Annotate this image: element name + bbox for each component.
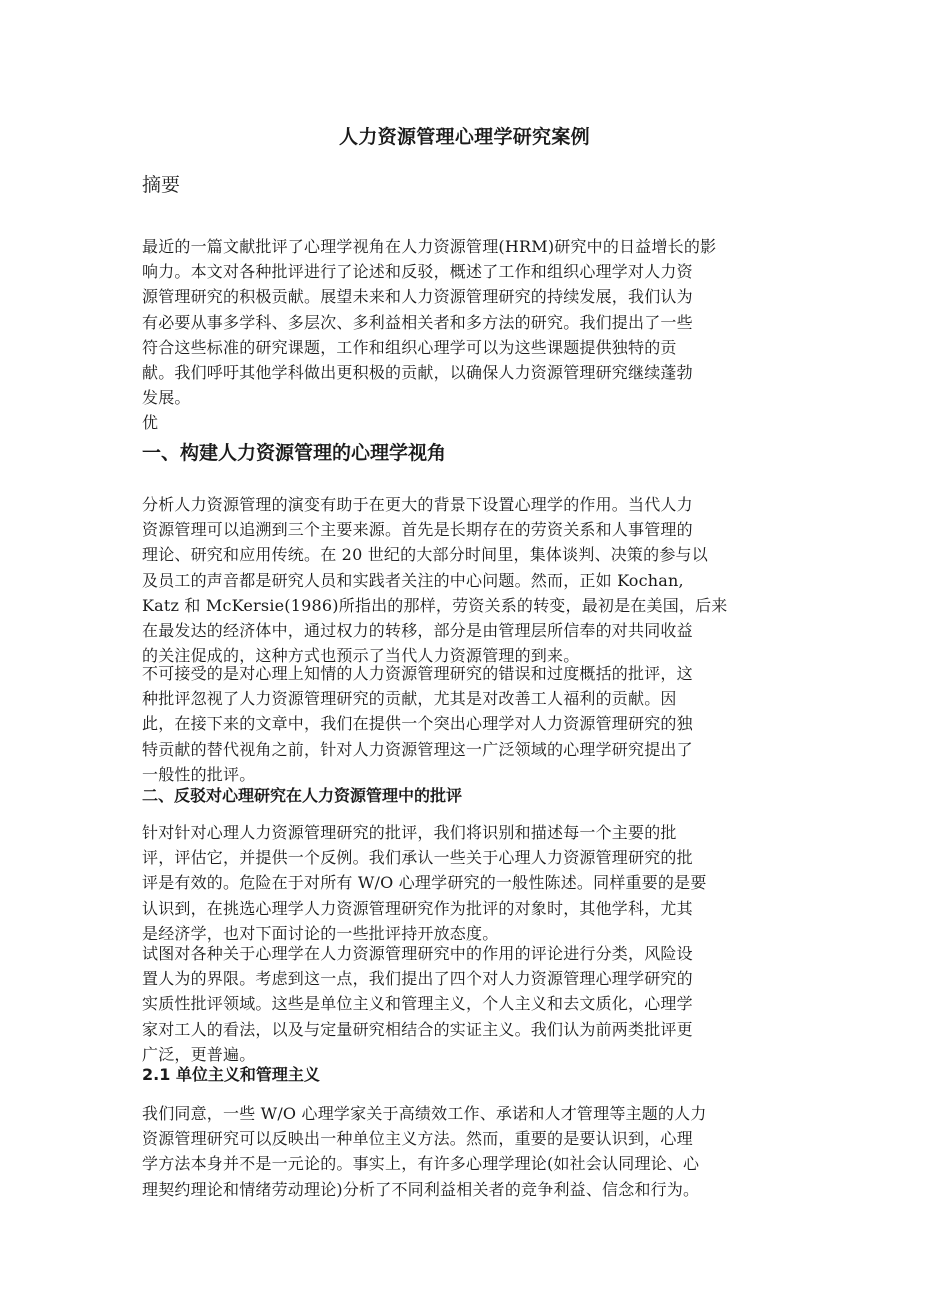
abstract-paragraph: 最近的一篇文献批评了心理学视角在人力资源管理(HRM)研究中的日益增长的影 响力… — [142, 234, 787, 436]
text-line: Katz 和 McKersie(1986)所指出的那样，劳资关系的转变，最初是在… — [142, 593, 787, 618]
text-line: 评是有效的。危险在于对所有 W/O 心理学研究的一般性陈述。同样重要的是要 — [142, 870, 787, 895]
text-line: 献。我们呼吁其他学科做出更积极的贡献，以确保人力资源管理研究继续蓬勃 — [142, 360, 787, 385]
text-line: 学方法本身并不是一元论的。事实上，有许多心理学理论(如社会认同理论、心 — [142, 1151, 787, 1176]
text-line: 此，在接下来的文章中，我们在提供一个突出心理学对人力资源管理研究的独 — [142, 711, 787, 736]
text-line: 特贡献的替代视角之前，针对人力资源管理这一广泛领域的心理学研究提出了 — [142, 737, 787, 762]
section-1-paragraph-2: 不可接受的是对心理上知情的人力资源管理研究的错误和过度概括的批评，这 种批评忽视… — [142, 661, 787, 787]
section-2-heading-block: 二、反驳对心理研究在人力资源管理中的批评 — [142, 784, 787, 808]
text-line: 有必要从事多学科、多层次、多利益相关者和多方法的研究。我们提出了一些 — [142, 310, 787, 335]
text-line: 试图对各种关于心理学在人力资源管理研究中的作用的评论进行分类，风险设 — [142, 941, 787, 966]
text-line: 最近的一篇文献批评了心理学视角在人力资源管理(HRM)研究中的日益增长的影 — [142, 234, 787, 259]
section-1-paragraph-1: 分析人力资源管理的演变有助于在更大的背景下设置心理学的作用。当代人力 资源管理可… — [142, 492, 787, 668]
section-2-paragraph-1: 针对针对心理人力资源管理研究的批评，我们将识别和描述每一个主要的批 评，评估它，… — [142, 820, 787, 946]
text-line: 符合这些标准的研究课题，工作和组织心理学可以为这些课题提供独特的贡 — [142, 335, 787, 360]
text-line: 资源管理研究可以反映出一种单位主义方法。然而，重要的是要认识到，心理 — [142, 1126, 787, 1151]
document-title: 人力资源管理心理学研究案例 — [142, 124, 787, 150]
section-2-heading: 二、反驳对心理研究在人力资源管理中的批评 — [142, 784, 787, 808]
section-1-heading-block: 一、构建人力资源管理的心理学视角 — [142, 440, 787, 466]
text-line: 针对针对心理人力资源管理研究的批评，我们将识别和描述每一个主要的批 — [142, 820, 787, 845]
text-line: 优 — [142, 410, 787, 435]
text-line: 源管理研究的积极贡献。展望未来和人力资源管理研究的持续发展，我们认为 — [142, 284, 787, 309]
abstract-heading: 摘要 — [142, 172, 180, 198]
text-line: 分析人力资源管理的演变有助于在更大的背景下设置心理学的作用。当代人力 — [142, 492, 787, 517]
text-line: 响力。本文对各种批评进行了论述和反驳，概述了工作和组织心理学对人力资 — [142, 259, 787, 284]
text-line: 实质性批评领域。这些是单位主义和管理主义，个人主义和去文质化，心理学 — [142, 991, 787, 1016]
text-line: 在最发达的经济体中，通过权力的转移，部分是由管理层所信奉的对共同收益 — [142, 618, 787, 643]
text-line: 家对工人的看法，以及与定量研究相结合的实证主义。我们认为前两类批评更 — [142, 1017, 787, 1042]
section-1-heading: 一、构建人力资源管理的心理学视角 — [142, 440, 787, 466]
text-line: 理契约理论和情绪劳动理论)分析了不同利益相关者的竞争利益、信念和行为。 — [142, 1177, 787, 1202]
subsection-2-1-paragraph: 我们同意，一些 W/O 心理学家关于高绩效工作、承诺和人才管理等主题的人力 资源… — [142, 1101, 787, 1202]
text-line: 置人为的界限。考虑到这一点，我们提出了四个对人力资源管理心理学研究的 — [142, 966, 787, 991]
text-line: 理论、研究和应用传统。在 20 世纪的大部分时间里，集体谈判、决策的参与以 — [142, 542, 787, 567]
text-line: 发展。 — [142, 385, 787, 410]
section-2-paragraph-2: 试图对各种关于心理学在人力资源管理研究中的作用的评论进行分类，风险设 置人为的界… — [142, 941, 787, 1067]
text-line: 不可接受的是对心理上知情的人力资源管理研究的错误和过度概括的批评，这 — [142, 661, 787, 686]
text-line: 认识到，在挑选心理学人力资源管理研究作为批评的对象时，其他学科，尤其 — [142, 896, 787, 921]
text-line: 种批评忽视了人力资源管理研究的贡献，尤其是对改善工人福利的贡献。因 — [142, 686, 787, 711]
subsection-2-1-heading-block: 2.1 单位主义和管理主义 — [142, 1063, 787, 1087]
text-line: 评，评估它，并提供一个反例。我们承认一些关于心理人力资源管理研究的批 — [142, 845, 787, 870]
text-line: 资源管理可以追溯到三个主要来源。首先是长期存在的劳资关系和人事管理的 — [142, 517, 787, 542]
text-line: 及员工的声音都是研究人员和实践者关注的中心问题。然而，正如 Kochan, — [142, 568, 787, 593]
subsection-2-1-heading: 2.1 单位主义和管理主义 — [142, 1063, 787, 1087]
text-line: 我们同意，一些 W/O 心理学家关于高绩效工作、承诺和人才管理等主题的人力 — [142, 1101, 787, 1126]
